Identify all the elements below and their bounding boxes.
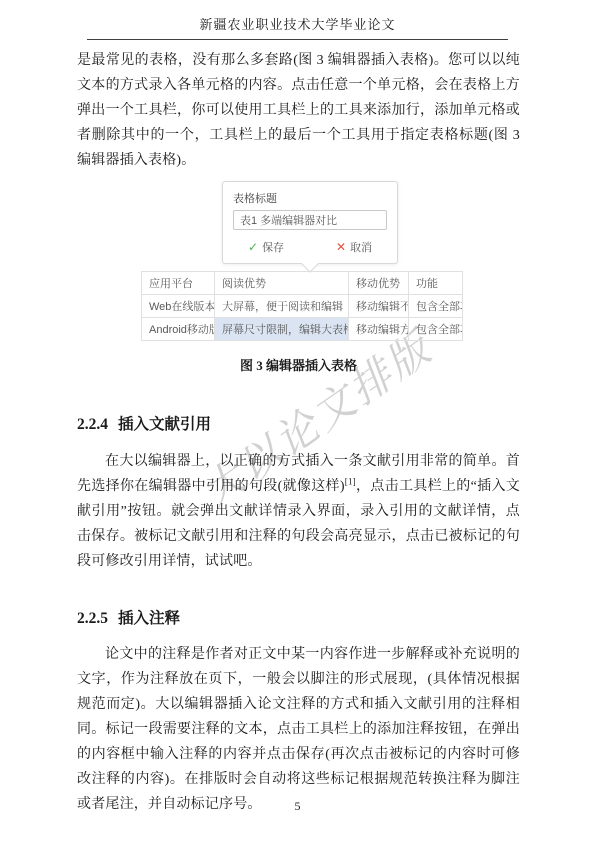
figure-editor-table-screenshot: 表格标题 ✓ 保存 ✕ 取消 应用平台 [141,181,462,341]
page-header-title: 新疆农业职业技术大学毕业论文 [87,14,508,40]
column-header: 移动优势 [349,272,409,295]
table-cell: 包含全部功能 [409,318,463,341]
section-number: 2.2.4 [77,416,108,433]
body-paragraph-note: 论文中的注释是作者对正文中某一内容作进一步解释或补充说明的文字，作为注释放在页下… [77,642,520,817]
popover-tail [301,254,319,272]
cell-text-before-caret: 屏幕尺寸限制，编辑大表格 [222,324,349,336]
page-number: 5 [0,799,595,814]
table-cell: Web在线版本 [142,295,215,318]
x-icon: ✕ [336,240,346,254]
save-button: ✓ 保存 [248,239,284,255]
section-number: 2.2.5 [77,610,108,627]
cancel-button: ✕ 取消 [336,239,372,255]
table-cell: 包含全部功能 [409,295,463,318]
table-cell: Android移动版本 [142,318,215,341]
table-title-input [233,210,387,230]
table-title-label: 表格标题 [233,190,387,206]
table-cell: 移动编辑不便 [349,295,409,318]
column-header: 阅读优势 [215,272,349,295]
figure-caption: 图 3 编辑器插入表格 [77,355,520,374]
check-icon: ✓ [248,240,258,254]
table-cell: 移动编辑方便 [349,318,409,341]
section-heading-2-2-5: 2.2.5插入注释 [77,606,520,628]
comparison-table: 应用平台 阅读优势 移动优势 功能 Web在线版本 大屏幕，便于阅读和编辑 移动… [141,271,463,341]
table-row: Android移动版本 屏幕尺寸限制，编辑大表格不便 移动编辑方便 包含全部功能 [142,318,463,341]
section-heading-2-2-4: 2.2.4插入文献引用 [77,412,520,434]
page-content: 是最常见的表格，没有那么多套路(图 3 编辑器插入表格)。您可以以纯文本的方式录… [77,48,520,817]
table-row: Web在线版本 大屏幕，便于阅读和编辑 移动编辑不便 包含全部功能 [142,295,463,318]
column-header: 功能 [409,272,463,295]
citation-marker: [1] [345,476,356,486]
column-header: 应用平台 [142,272,215,295]
document-page: 大以论文排版 新疆农业职业技术大学毕业论文 是最常见的表格，没有那么多套路(图 … [0,0,595,842]
table-cell-editing: 屏幕尺寸限制，编辑大表格不便 [215,318,349,341]
save-button-label: 保存 [262,239,284,255]
cancel-button-label: 取消 [350,239,372,255]
table-cell: 大屏幕，便于阅读和编辑 [215,295,349,318]
table-title-popover: 表格标题 ✓ 保存 ✕ 取消 [222,181,398,264]
section-title: 插入文献引用 [118,416,211,433]
body-paragraph-citation: 在大以编辑器上，以正确的方式插入一条文献引用非常的简单。首先选择你在编辑器中引用… [77,449,520,574]
table-header-row: 应用平台 阅读优势 移动优势 功能 [142,272,463,295]
popover-actions: ✓ 保存 ✕ 取消 [233,230,387,256]
body-paragraph-table-intro: 是最常见的表格，没有那么多套路(图 3 编辑器插入表格)。您可以以纯文本的方式录… [77,48,520,173]
section-title: 插入注释 [118,610,180,627]
